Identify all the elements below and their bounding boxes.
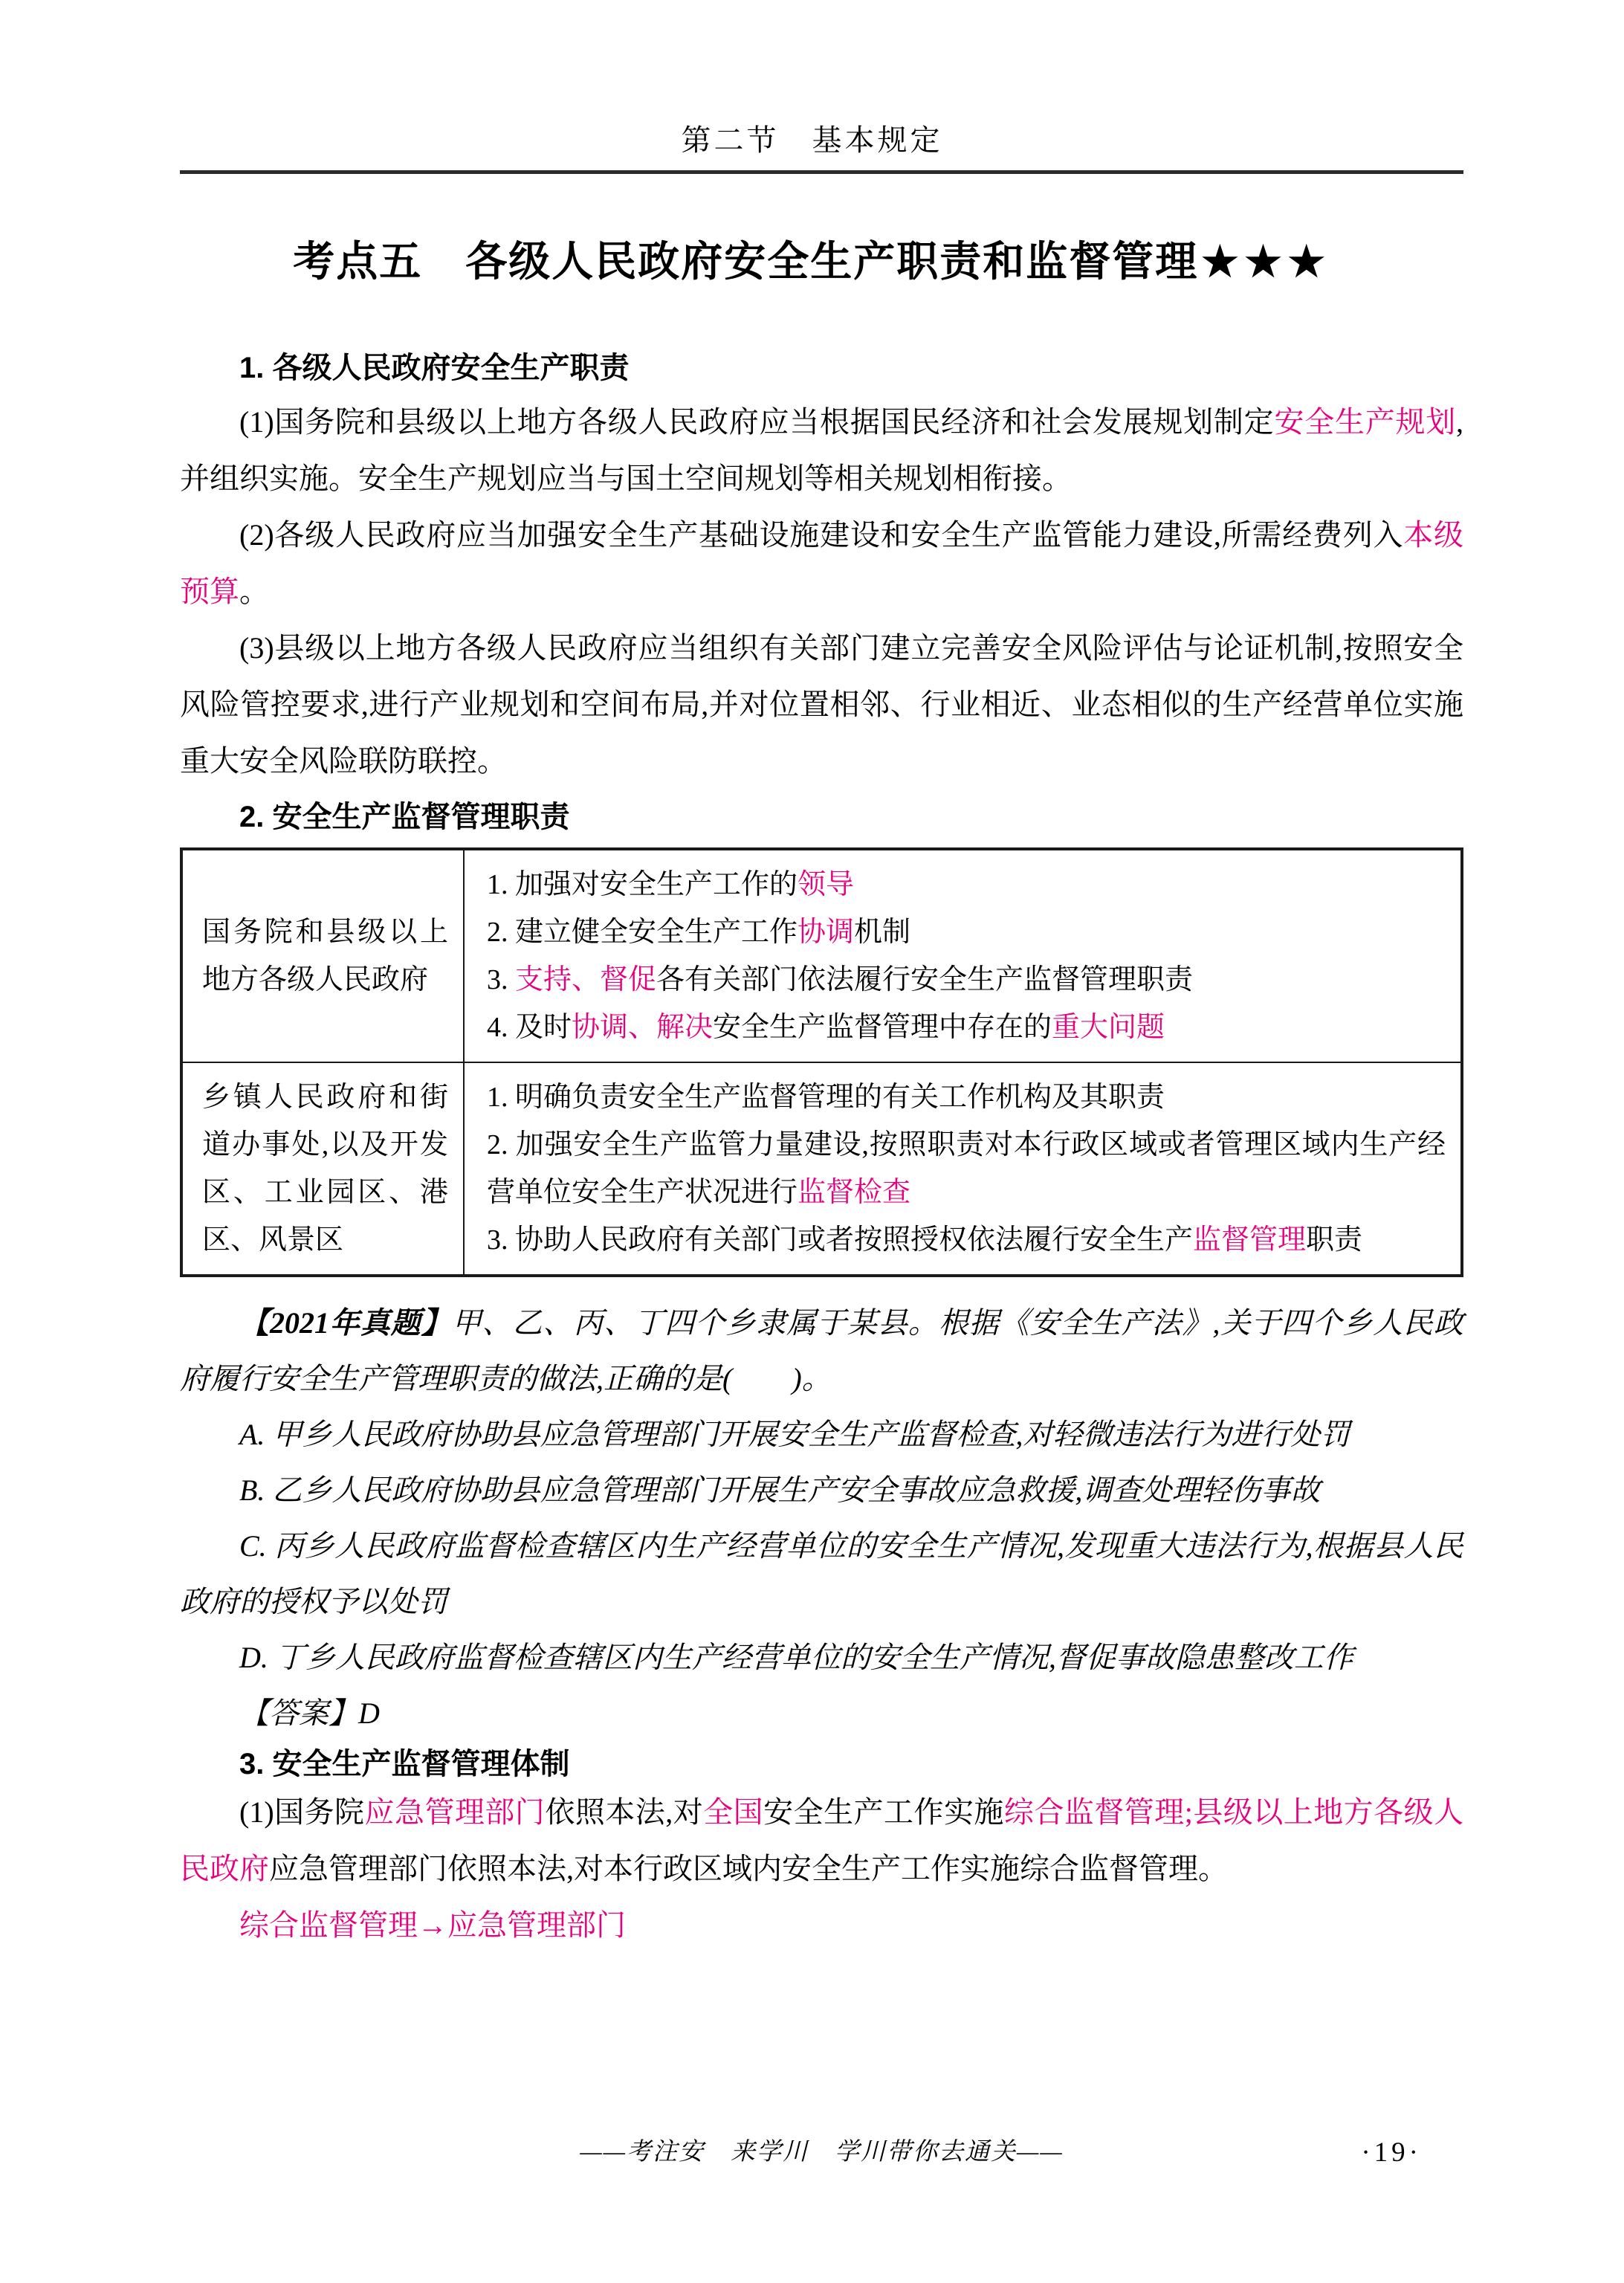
subject-cell: 国务院和县级以上地方各级人民政府 [181,849,464,1062]
text-run: 监督管理 [1193,1224,1306,1256]
option-b: B. 乙乡人民政府协助县应急管理部门开展生产安全事故应急救援,调查处理轻伤事故 [180,1462,1463,1518]
paragraph: (1)国务院和县级以上地方各级人民政府应当根据国民经济和社会发展规划制定安全生产… [180,394,1463,507]
text-run: 监督检查 [798,1177,910,1208]
text-run: 协调、解决 [572,1012,713,1043]
page-title: 考点五 各级人民政府安全生产职责和监督管理★★★ [0,238,1624,287]
text-run: 2. 加强安全生产监管力量建设,按照职责对本行政区域或者管理区域内生产经营单位安… [487,1129,1446,1208]
table-row: 国务院和县级以上地方各级人民政府 1. 加强对安全生产工作的领导 2. 建立健全… [181,849,1462,1062]
exam-question-block: 【2021年真题】甲、乙、丙、丁四个乡隶属于某县。根据《安全生产法》,关于四个乡… [180,1295,1463,1741]
text-run: 领导 [798,869,854,900]
question-stem: 【2021年真题】甲、乙、丙、丁四个乡隶属于某县。根据《安全生产法》,关于四个乡… [180,1295,1463,1407]
text-run: 3. [487,964,515,995]
option-d: D. 丁乡人民政府监督检查辖区内生产经营单位的安全生产情况,督促事故隐患整改工作 [180,1630,1463,1685]
text-run: 1. 加强对安全生产工作的 [487,869,798,900]
table-row: 乡镇人民政府和街道办事处,以及开发区、工业园区、港区、风景区 1. 明确负责安全… [181,1062,1462,1276]
text-run: 各有关部门依法履行安全生产监督管理职责 [656,964,1193,995]
text-run: 4. 及时 [487,1012,572,1043]
question-year-label: 【2021年真题】 [239,1306,452,1340]
option-a: A. 甲乡人民政府协助县应急管理部门开展安全生产监督检查,对轻微违法行为进行处罚 [180,1407,1463,1462]
option-c: C. 丙乡人民政府监督检查辖区内生产经营单位的安全生产情况,发现重大违法行为,根… [180,1518,1463,1630]
subject-cell: 乡镇人民政府和街道办事处,以及开发区、工业园区、港区、风景区 [181,1062,464,1276]
text-run: 。 [239,575,269,608]
text-run: 职责 [1306,1224,1362,1256]
footer-slogan: ——考注安 来学川 学川带你去通关—— [180,2135,1463,2169]
text-run: 安全生产工作实施 [763,1795,1004,1829]
text-run: (1)国务院 [239,1795,365,1829]
duty-item: 2. 建立健全安全生产工作协调机制 [487,908,1446,956]
text-run: 依照本法,对 [545,1795,703,1829]
page-number: ·19· [1361,2137,1422,2169]
duties-cell: 1. 明确负责安全生产监督管理的有关工作机构及其职责 2. 加强安全生产监管力量… [464,1062,1462,1276]
answer-label: 【答案】 [239,1696,358,1730]
text-run: 机制 [854,917,910,948]
text-run: 全国 [703,1795,763,1829]
text-run: (1)国务院和县级以上地方各级人民政府应当根据国民经济和社会发展规划制定 [239,405,1274,439]
running-head: 第二节 基本规定 [0,0,1624,158]
paragraph: (1)国务院应急管理部门依照本法,对全国安全生产工作实施综合监督管理;县级以上地… [180,1784,1463,1897]
page-footer: ——考注安 来学川 学川带你去通关—— ·19· [180,2135,1463,2180]
text-run: 应急管理部门依照本法,对本行政区域内安全生产工作实施综合监督管理。 [269,1852,1228,1885]
duty-item: 1. 加强对安全生产工作的领导 [487,861,1446,908]
text-run: ; [1185,1795,1193,1829]
text-run: 支持、督促 [515,964,656,995]
text-run: 1. 明确负责安全生产监督管理的有关工作机构及其职责 [487,1082,1165,1113]
text-run: 安全生产监督管理中存在的 [713,1012,1052,1043]
paragraph: (3)县级以上地方各级人民政府应当组织有关部门建立完善安全风险评估与论证机制,按… [180,620,1463,789]
content: 1. 各级人民政府安全生产职责 (1)国务院和县级以上地方各级人民政府应当根据国… [180,348,1463,1954]
duties-cell: 1. 加强对安全生产工作的领导 2. 建立健全安全生产工作协调机制 3. 支持、… [464,849,1462,1062]
duty-item: 4. 及时协调、解决安全生产监督管理中存在的重大问题 [487,1004,1446,1051]
topic-title: 考点五 各级人民政府安全生产职责和监督管理 [293,239,1198,285]
duty-item: 3. 协助人民政府有关部门或者按照授权依法履行安全生产监督管理职责 [487,1216,1446,1264]
answer-value: D [358,1696,380,1730]
duty-item: 1. 明确负责安全生产监督管理的有关工作机构及其职责 [487,1073,1446,1121]
duties-table: 国务院和县级以上地方各级人民政府 1. 加强对安全生产工作的领导 2. 建立健全… [180,847,1463,1277]
text-run: 重大问题 [1052,1012,1165,1043]
section-heading-1: 1. 各级人民政府安全生产职责 [180,348,1463,388]
highlight-note: 综合监督管理→应急管理部门 [180,1897,1463,1954]
text-run: (3)县级以上地方各级人民政府应当组织有关部门建立完善安全风险评估与论证机制,按… [180,631,1463,778]
text-run: 综合监督管理 [1004,1795,1185,1829]
duty-item: 3. 支持、督促各有关部门依法履行安全生产监督管理职责 [487,956,1446,1004]
section-heading-3: 3. 安全生产监督管理体制 [180,1744,1463,1784]
text-run: (2)各级人民政府应当加强安全生产基础设施建设和安全生产监管能力建设,所需经费列… [239,518,1403,552]
section-heading-2: 2. 安全生产监督管理职责 [180,797,1463,837]
importance-stars-icon: ★★★ [1201,239,1331,285]
answer-line: 【答案】D [180,1685,1463,1741]
text-run: 3. 协助人民政府有关部门或者按照授权依法履行安全生产 [487,1224,1193,1256]
textbook-page: 第二节 基本规定 考点五 各级人民政府安全生产职责和监督管理★★★ 1. 各级人… [0,0,1624,2283]
text-run: 安全生产规划 [1274,405,1456,439]
text-run: 协调 [798,917,854,948]
text-run: 应急管理部门 [365,1795,546,1829]
duty-item: 2. 加强安全生产监管力量建设,按照职责对本行政区域或者管理区域内生产经营单位安… [487,1121,1446,1216]
text-run: 2. 建立健全安全生产工作 [487,917,798,948]
paragraph: (2)各级人民政府应当加强安全生产基础设施建设和安全生产监管能力建设,所需经费列… [180,507,1463,620]
header-divider [180,170,1463,174]
